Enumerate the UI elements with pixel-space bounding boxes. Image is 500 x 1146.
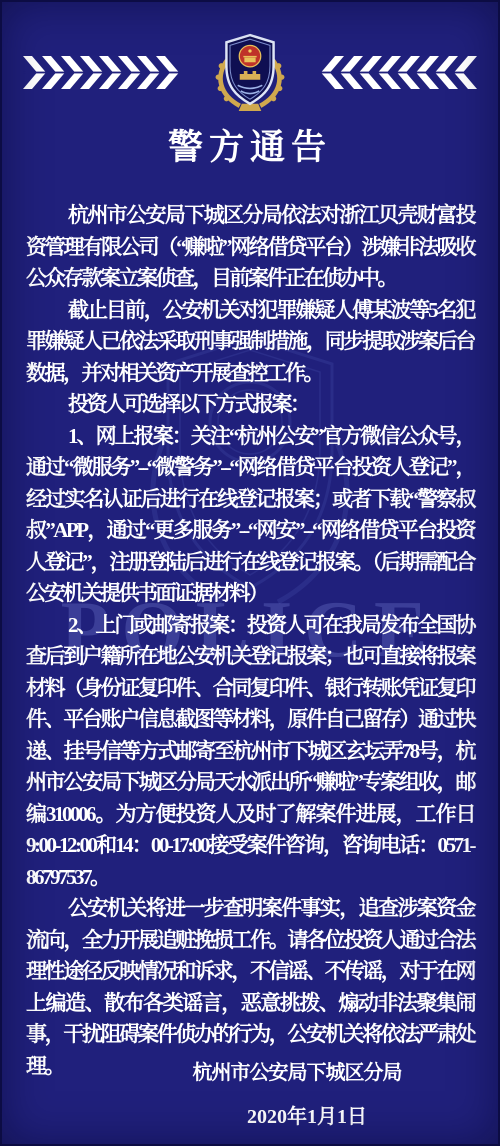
chevrons-left-icon — [315, 56, 477, 89]
notice-paragraph: 1、网上报案：关注“杭州公安”官方微信公众号，通过“微服务”--“微警务”--“… — [26, 421, 474, 610]
police-badge-icon — [213, 31, 287, 113]
notice-paragraph: 杭州市公安局下城区分局依法对浙江贝壳财富投资管理有限公司（“赚啦”网络借贷平台）… — [26, 200, 474, 295]
header-band — [0, 0, 500, 114]
signature-agency: 杭州市公安局下城区分局 — [47, 1056, 500, 1085]
notice-body: 杭州市公安局下城区分局依法对浙江贝壳财富投资管理有限公司（“赚啦”网络借贷平台）… — [26, 200, 474, 1082]
notice-paragraph: 投资人可选择以下方式报案： — [26, 389, 474, 421]
chevrons-right-icon — [23, 56, 185, 89]
notice-paragraph: 2、上门或邮寄报案：投资人可在我局发布全国协查后到户籍所在地公安机关登记报案；也… — [26, 610, 474, 894]
notice-paragraph: 公安机关将进一步查明案件事实，追查涉案资金流向，全力开展追赃挽损工作。请各位投资… — [26, 893, 474, 1082]
police-notice-poster: POLICE — [0, 0, 500, 1146]
notice-paragraph: 截止目前，公安机关对犯罪嫌疑人傅某波等5名犯罪嫌疑人已依法采取刑事强制措施，同步… — [26, 295, 474, 390]
signature-date: 2020年1月1日 — [57, 1100, 500, 1129]
page-title: 警方通告 — [0, 126, 500, 170]
